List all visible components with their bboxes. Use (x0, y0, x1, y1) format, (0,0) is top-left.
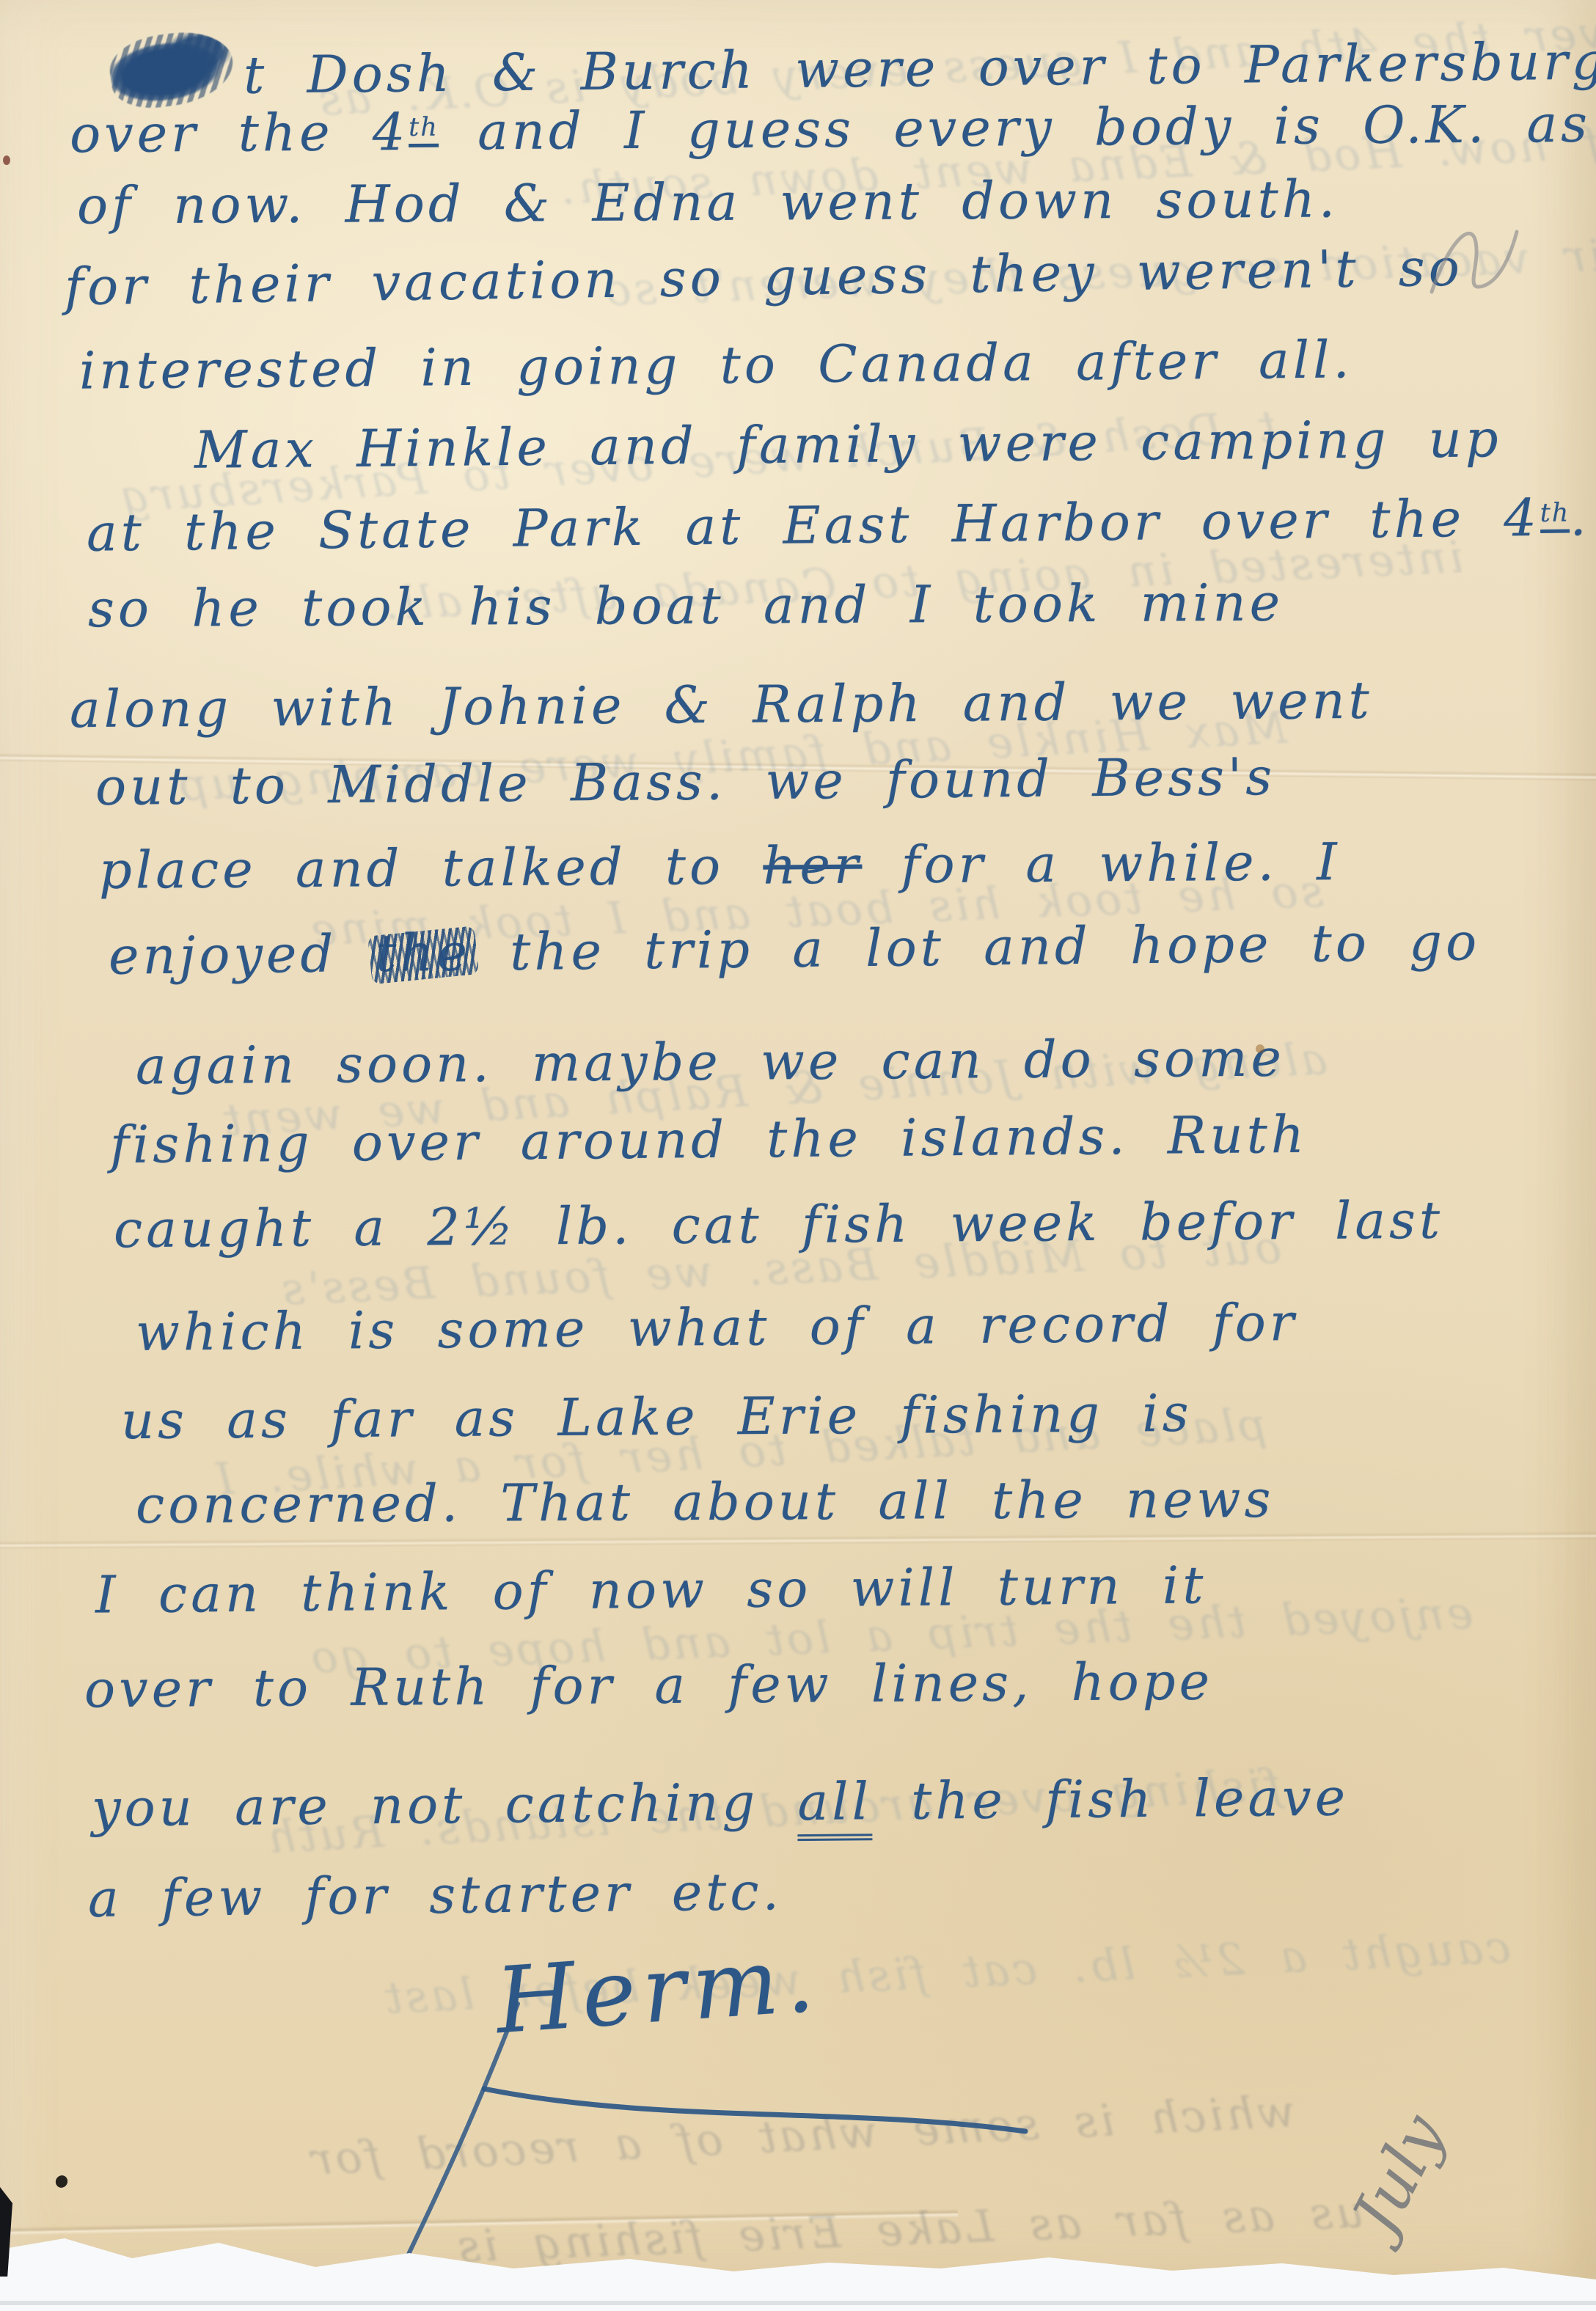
bleed-through-line: which is some what of a record for (307, 2090, 1296, 2182)
letter-line: which is some what of a record for (136, 1296, 1298, 1360)
letter-text: so he took his boat and I took mine (88, 573, 1284, 640)
letter-text: concerned. That about all the news (136, 1469, 1275, 1535)
letter-text: for their vacation so guess they weren't… (65, 238, 1464, 318)
paper-speck (3, 155, 10, 165)
letter-text: over the 4 (70, 102, 409, 164)
ink-scribble (106, 26, 237, 113)
letter-line: caught a 2½ lb. cat fish week befor last (114, 1194, 1444, 1257)
letter-line: interested in going to Canada after all. (79, 333, 1353, 398)
letter-text: for a while. I (862, 832, 1341, 896)
letter-line: again soon. maybe we can do some (136, 1032, 1285, 1094)
letter-line: for their vacation so guess they weren't… (65, 241, 1464, 315)
letter-line: place and talked to her for a while. I (99, 835, 1341, 898)
letter-line: over to Ruth for a few lines, hope (84, 1655, 1214, 1717)
letter-text: again soon. maybe we can do some (136, 1028, 1285, 1096)
letter-text: the fish leave (872, 1768, 1350, 1832)
letter-line: of now. Hod & Edna went down south. (77, 172, 1339, 233)
letter-text: over to Ruth for a few lines, hope (84, 1652, 1214, 1720)
signature: Herm. (493, 1934, 823, 2048)
scanner-edge-shadow (0, 2301, 1596, 2305)
letter-line: so he took his boat and I took mine (88, 576, 1284, 637)
letter-text: Max Hinkle and family were camping up (194, 409, 1502, 480)
letter-line: us as far as Lake Erie fishing is (121, 1387, 1193, 1449)
letter-text: the (376, 926, 471, 981)
letter-text: . (1570, 487, 1590, 547)
scanned-letter: over the 4th and I guess every body is O… (0, 0, 1596, 2311)
paper-speck (54, 2173, 70, 2190)
paper-stain (1256, 1044, 1264, 1053)
letter-text: t Dosh & Burch were over to Parkersburg (244, 31, 1596, 105)
letter-text: her (763, 835, 863, 896)
letter-text: which is some what of a record for (136, 1292, 1298, 1363)
letter-text: you are not catching (92, 1772, 798, 1838)
letter-text: I can think of now so will turn it (95, 1555, 1207, 1625)
letter-line: enjoyed the the trip a lot and hope to g… (109, 915, 1481, 984)
letter-text: a few for starter etc. (88, 1861, 783, 1929)
letter-line: a few for starter etc. (88, 1865, 783, 1926)
letter-text: out to Middle Bass. we found Bess's (95, 747, 1276, 817)
letter-line: out to Middle Bass. we found Bess's (95, 750, 1276, 815)
letter-line: over the 4th and I guess every body is O… (70, 98, 1592, 162)
letter-line: concerned. That about all the news (136, 1473, 1275, 1533)
letter-text: caught a 2½ lb. cat fish week befor last (114, 1190, 1444, 1260)
letter-text: th (409, 112, 439, 147)
letter-line: you are not catching all the fish leave (92, 1771, 1350, 1836)
letter-text: us as far as Lake Erie fishing is (121, 1383, 1193, 1451)
letter-text: fishing over around the islands. Ruth (110, 1105, 1308, 1175)
letter-text: the trip a lot and hope to go (471, 912, 1481, 982)
letter-text: interested in going to Canada after all. (79, 329, 1353, 400)
letter-text: place and talked to (99, 836, 764, 901)
letter-text: all (797, 1771, 872, 1841)
margin-note-july: July (1343, 2106, 1454, 2243)
letter-line: Max Hinkle and family were camping up (194, 412, 1502, 477)
letter-paper: over the 4th and I guess every body is O… (0, 0, 1596, 2311)
letter-text: along with Johnie & Ralph and we went (70, 670, 1373, 739)
letter-text: th (1540, 498, 1570, 532)
bleed-through-line: us as far as Lake Erie fishing is (454, 2190, 1365, 2269)
letter-text: and I guess every body is O.K. as (439, 94, 1592, 162)
letter-text: enjoyed (109, 923, 376, 986)
letter-text: of now. Hod & Edna went down south. (77, 169, 1339, 235)
letter-line: fishing over around the islands. Ruth (110, 1108, 1308, 1173)
letter-line: along with Johnie & Ralph and we went (70, 674, 1373, 737)
letter-line: I can think of now so will turn it (95, 1559, 1207, 1622)
letter-line: t Dosh & Burch were over to Parkersburg (110, 18, 1596, 104)
